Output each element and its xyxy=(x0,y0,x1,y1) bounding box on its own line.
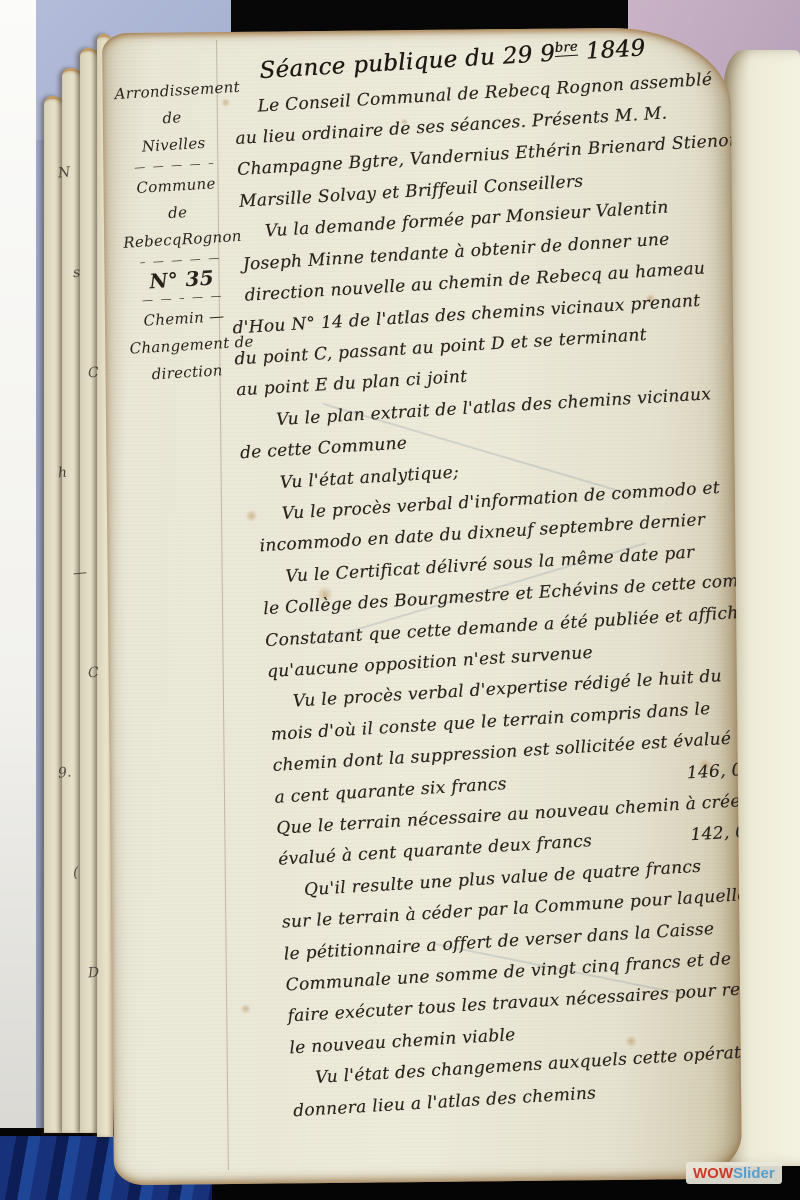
foxing-stain xyxy=(245,510,258,522)
body-lines: Le Conseil Communal de Rebecq Rognon ass… xyxy=(233,63,742,1127)
photo-frame: NsCh—C9.(D ArrondissementdeNivelles— — —… xyxy=(0,0,800,1200)
session-title-year: 1849 xyxy=(577,35,646,65)
watermark[interactable]: WOWSlider xyxy=(686,1162,782,1184)
background-wall-white xyxy=(0,0,38,1140)
session-title-month-sup: bre xyxy=(554,40,578,57)
amount-value: 146, 00 xyxy=(686,753,742,789)
watermark-slider: Slider xyxy=(733,1165,775,1182)
foxing-stain xyxy=(240,1004,251,1014)
margin-notes: ArrondissementdeNivelles— — — — –Commune… xyxy=(114,75,244,390)
manuscript-page: ArrondissementdeNivelles— — — — –Commune… xyxy=(102,27,742,1186)
watermark-wow: WOW xyxy=(693,1165,733,1182)
body-column: Séance publique du 29 9bre 1849 Le Conse… xyxy=(230,27,742,1128)
amount-value: 142, 00 xyxy=(690,816,742,852)
